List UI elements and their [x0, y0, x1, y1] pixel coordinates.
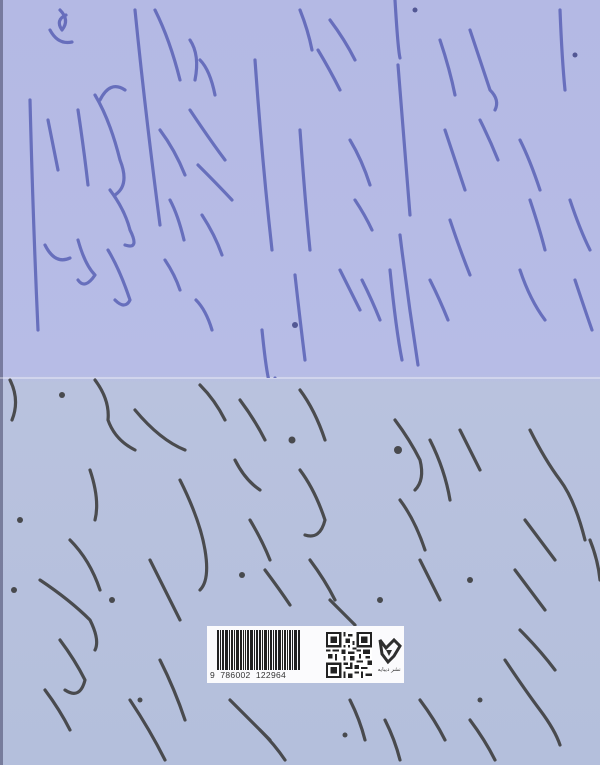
- publisher-block: نشر دیبایه: [374, 626, 404, 683]
- isbn-digits: 9 786002 122964: [210, 670, 286, 680]
- barcode-bars-icon: [217, 630, 317, 670]
- publisher-name: نشر دیبایه: [378, 667, 401, 673]
- isbn-barcode-label: 9 786002 122964: [207, 626, 404, 683]
- isbn-group-1: 786002: [220, 670, 250, 680]
- isbn-barcode: 9 786002 122964: [209, 626, 320, 683]
- isbn-group-2: 122964: [256, 670, 286, 680]
- isbn-prefix: 9: [210, 670, 215, 680]
- book-back-cover: 9 786002 122964: [0, 0, 600, 765]
- qr-code-icon: [326, 632, 372, 678]
- publisher-logo-icon: [376, 636, 402, 666]
